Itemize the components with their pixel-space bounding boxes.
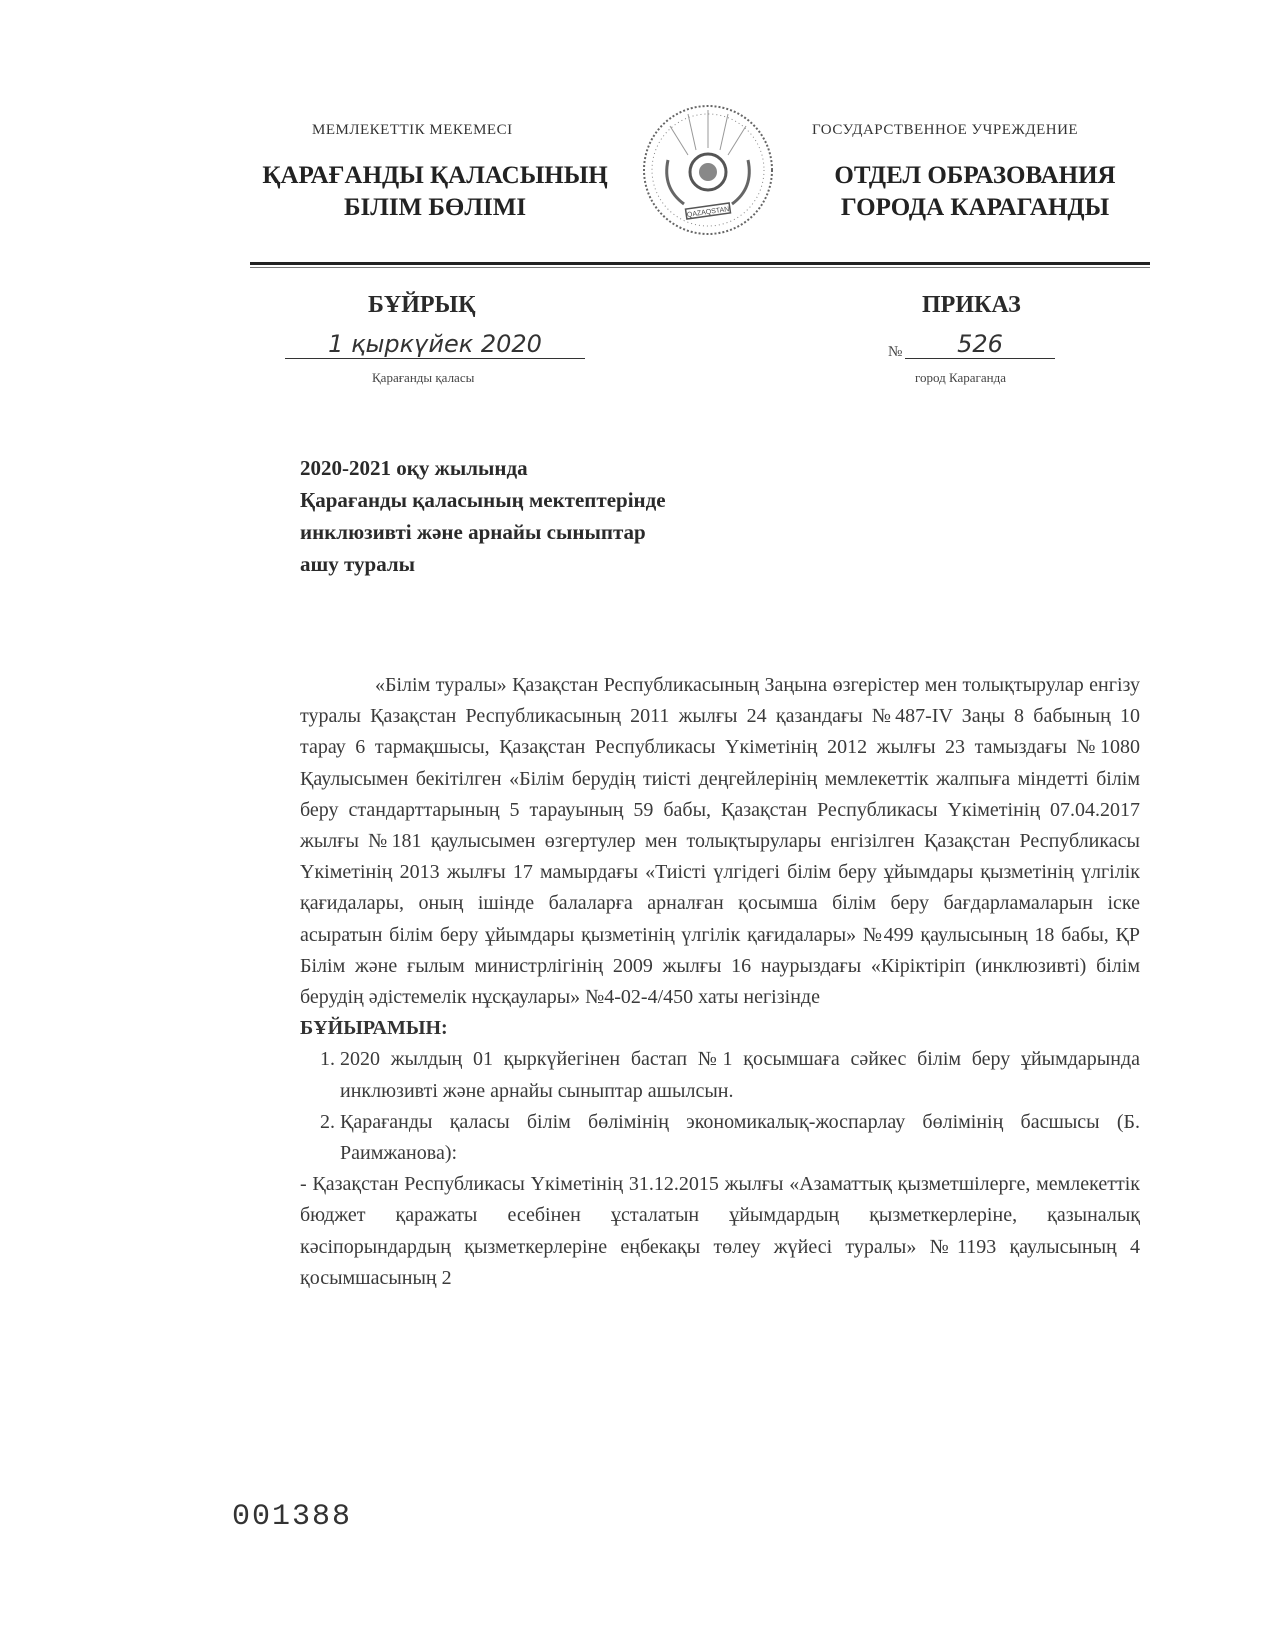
header-left-title-line1: ҚАРАҒАНДЫ ҚАЛАСЫНЫҢ xyxy=(255,160,615,192)
order-label-ru: ПРИКАЗ xyxy=(922,292,1021,319)
order-item: 2020 жылдың 01 қыркүйегінен бастап №1 қо… xyxy=(340,1044,1140,1106)
header-right-title-line1: ОТДЕЛ ОБРАЗОВАНИЯ xyxy=(800,160,1150,192)
header-right-title: ОТДЕЛ ОБРАЗОВАНИЯ ГОРОДА КАРАГАНДЫ xyxy=(800,160,1150,224)
subject-line: инклюзивті және арнайы сыныптар xyxy=(300,516,666,548)
body-order-word: БҰЙЫРАМЫН: xyxy=(300,1013,1140,1044)
order-city-ru: город Караганда xyxy=(915,370,1006,386)
order-subitem: - Қазақстан Республикасы Үкіметінің 31.1… xyxy=(300,1169,1140,1294)
kazakhstan-emblem-icon: QAZAQSTAN xyxy=(638,100,778,240)
order-number-handwritten: 526 xyxy=(905,330,1055,359)
order-city-kz: Қарағанды қаласы xyxy=(372,370,474,386)
document-serial-number: 001388 xyxy=(232,1500,352,1534)
header-left-subtitle: МЕМЛЕКЕТТІК МЕКЕМЕСІ xyxy=(312,122,513,139)
header-left-title: ҚАРАҒАНДЫ ҚАЛАСЫНЫҢ БІЛІМ БӨЛІМІ xyxy=(255,160,615,224)
header-divider-thin xyxy=(250,267,1150,268)
order-label-kz: БҰЙРЫҚ xyxy=(368,292,476,319)
header-left-title-line2: БІЛІМ БӨЛІМІ xyxy=(255,192,615,224)
header-right-title-line2: ГОРОДА КАРАГАНДЫ xyxy=(800,192,1150,224)
header-right-subtitle: ГОСУДАРСТВЕННОЕ УЧРЕЖДЕНИЕ xyxy=(812,122,1078,139)
subject-line: Қарағанды қаласының мектептерінде xyxy=(300,484,666,516)
subject-line: ашу туралы xyxy=(300,548,666,580)
order-item: Қарағанды қаласы білім бөлімінің экономи… xyxy=(340,1107,1140,1169)
order-number-prefix: № xyxy=(888,344,902,361)
subject-line: 2020-2021 оқу жылында xyxy=(300,452,666,484)
header-divider xyxy=(250,262,1150,265)
body-preamble: «Білім туралы» Қазақстан Республикасының… xyxy=(300,670,1140,1013)
order-items-list: 2020 жылдың 01 қыркүйегінен бастап №1 қо… xyxy=(300,1044,1140,1169)
order-subject: 2020-2021 оқу жылында Қарағанды қаласыны… xyxy=(300,452,666,580)
order-body: «Білім туралы» Қазақстан Республикасының… xyxy=(300,670,1140,1294)
order-date-handwritten: 1 қыркүйек 2020 xyxy=(285,330,585,359)
